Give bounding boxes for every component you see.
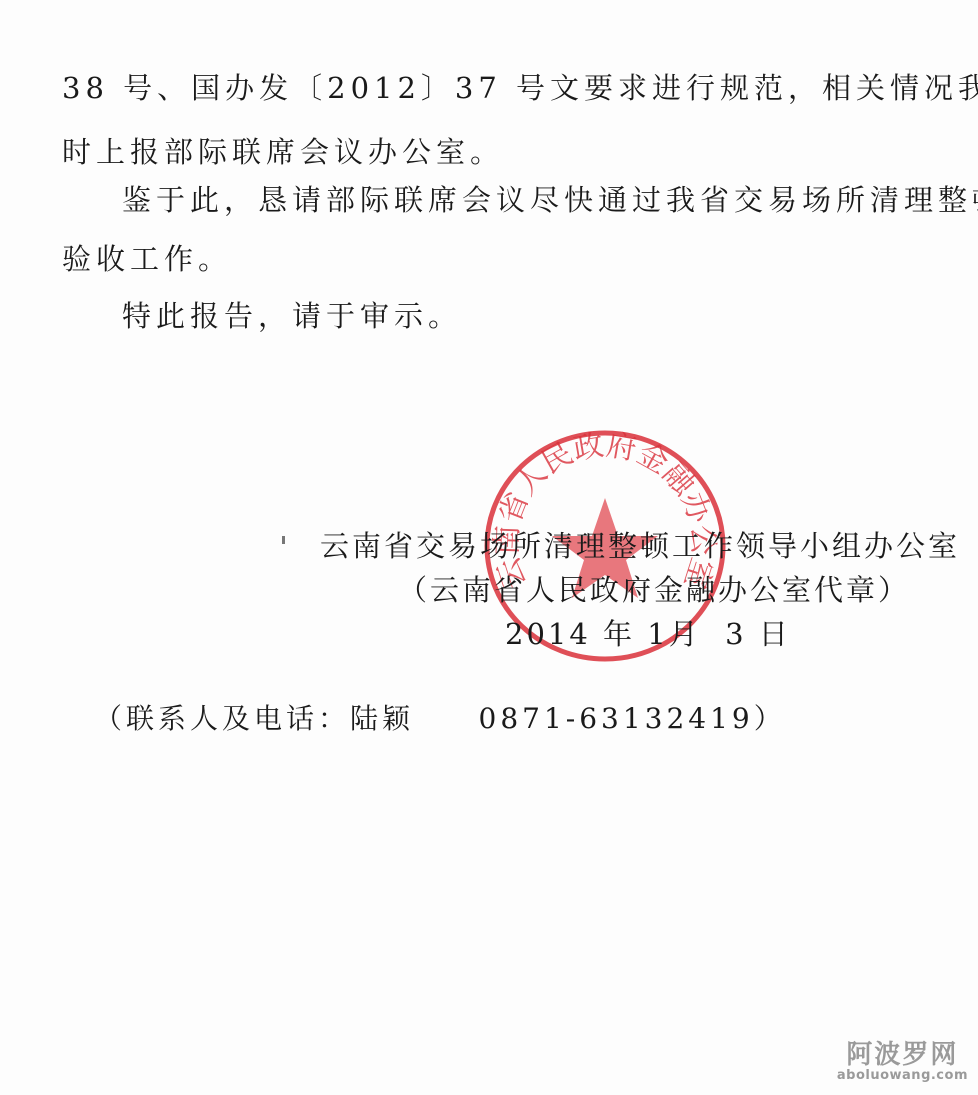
- watermark-cn: 阿波罗网: [837, 1042, 968, 1068]
- paragraph-line: 鉴于此，恳请部际联席会议尽快通过我省交易场所清理整顿: [122, 186, 978, 215]
- paragraph-line: 验收工作。: [62, 245, 232, 274]
- contact-info: （联系人及电话：陆颖 0871-63132419）: [94, 697, 786, 737]
- signature-organization: 云南省交易场所清理整顿工作领导小组办公室: [320, 532, 960, 561]
- scan-mark: [282, 536, 285, 544]
- signature-date: 2014 年 1月 3 日: [505, 620, 791, 649]
- watermark: 阿波罗网 aboluowang.com: [837, 1042, 968, 1083]
- paragraph-line: 特此报告，请于审示。: [122, 302, 462, 331]
- signature-seal-note: （云南省人民政府金融办公室代章）: [398, 576, 910, 605]
- paragraph-line: 时上报部际联席会议办公室。: [62, 138, 504, 167]
- paragraph-line: 38 号、国办发〔2012〕37 号文要求进行规范，相关情况我办将及: [62, 74, 978, 103]
- watermark-en: aboluowang.com: [837, 1068, 968, 1083]
